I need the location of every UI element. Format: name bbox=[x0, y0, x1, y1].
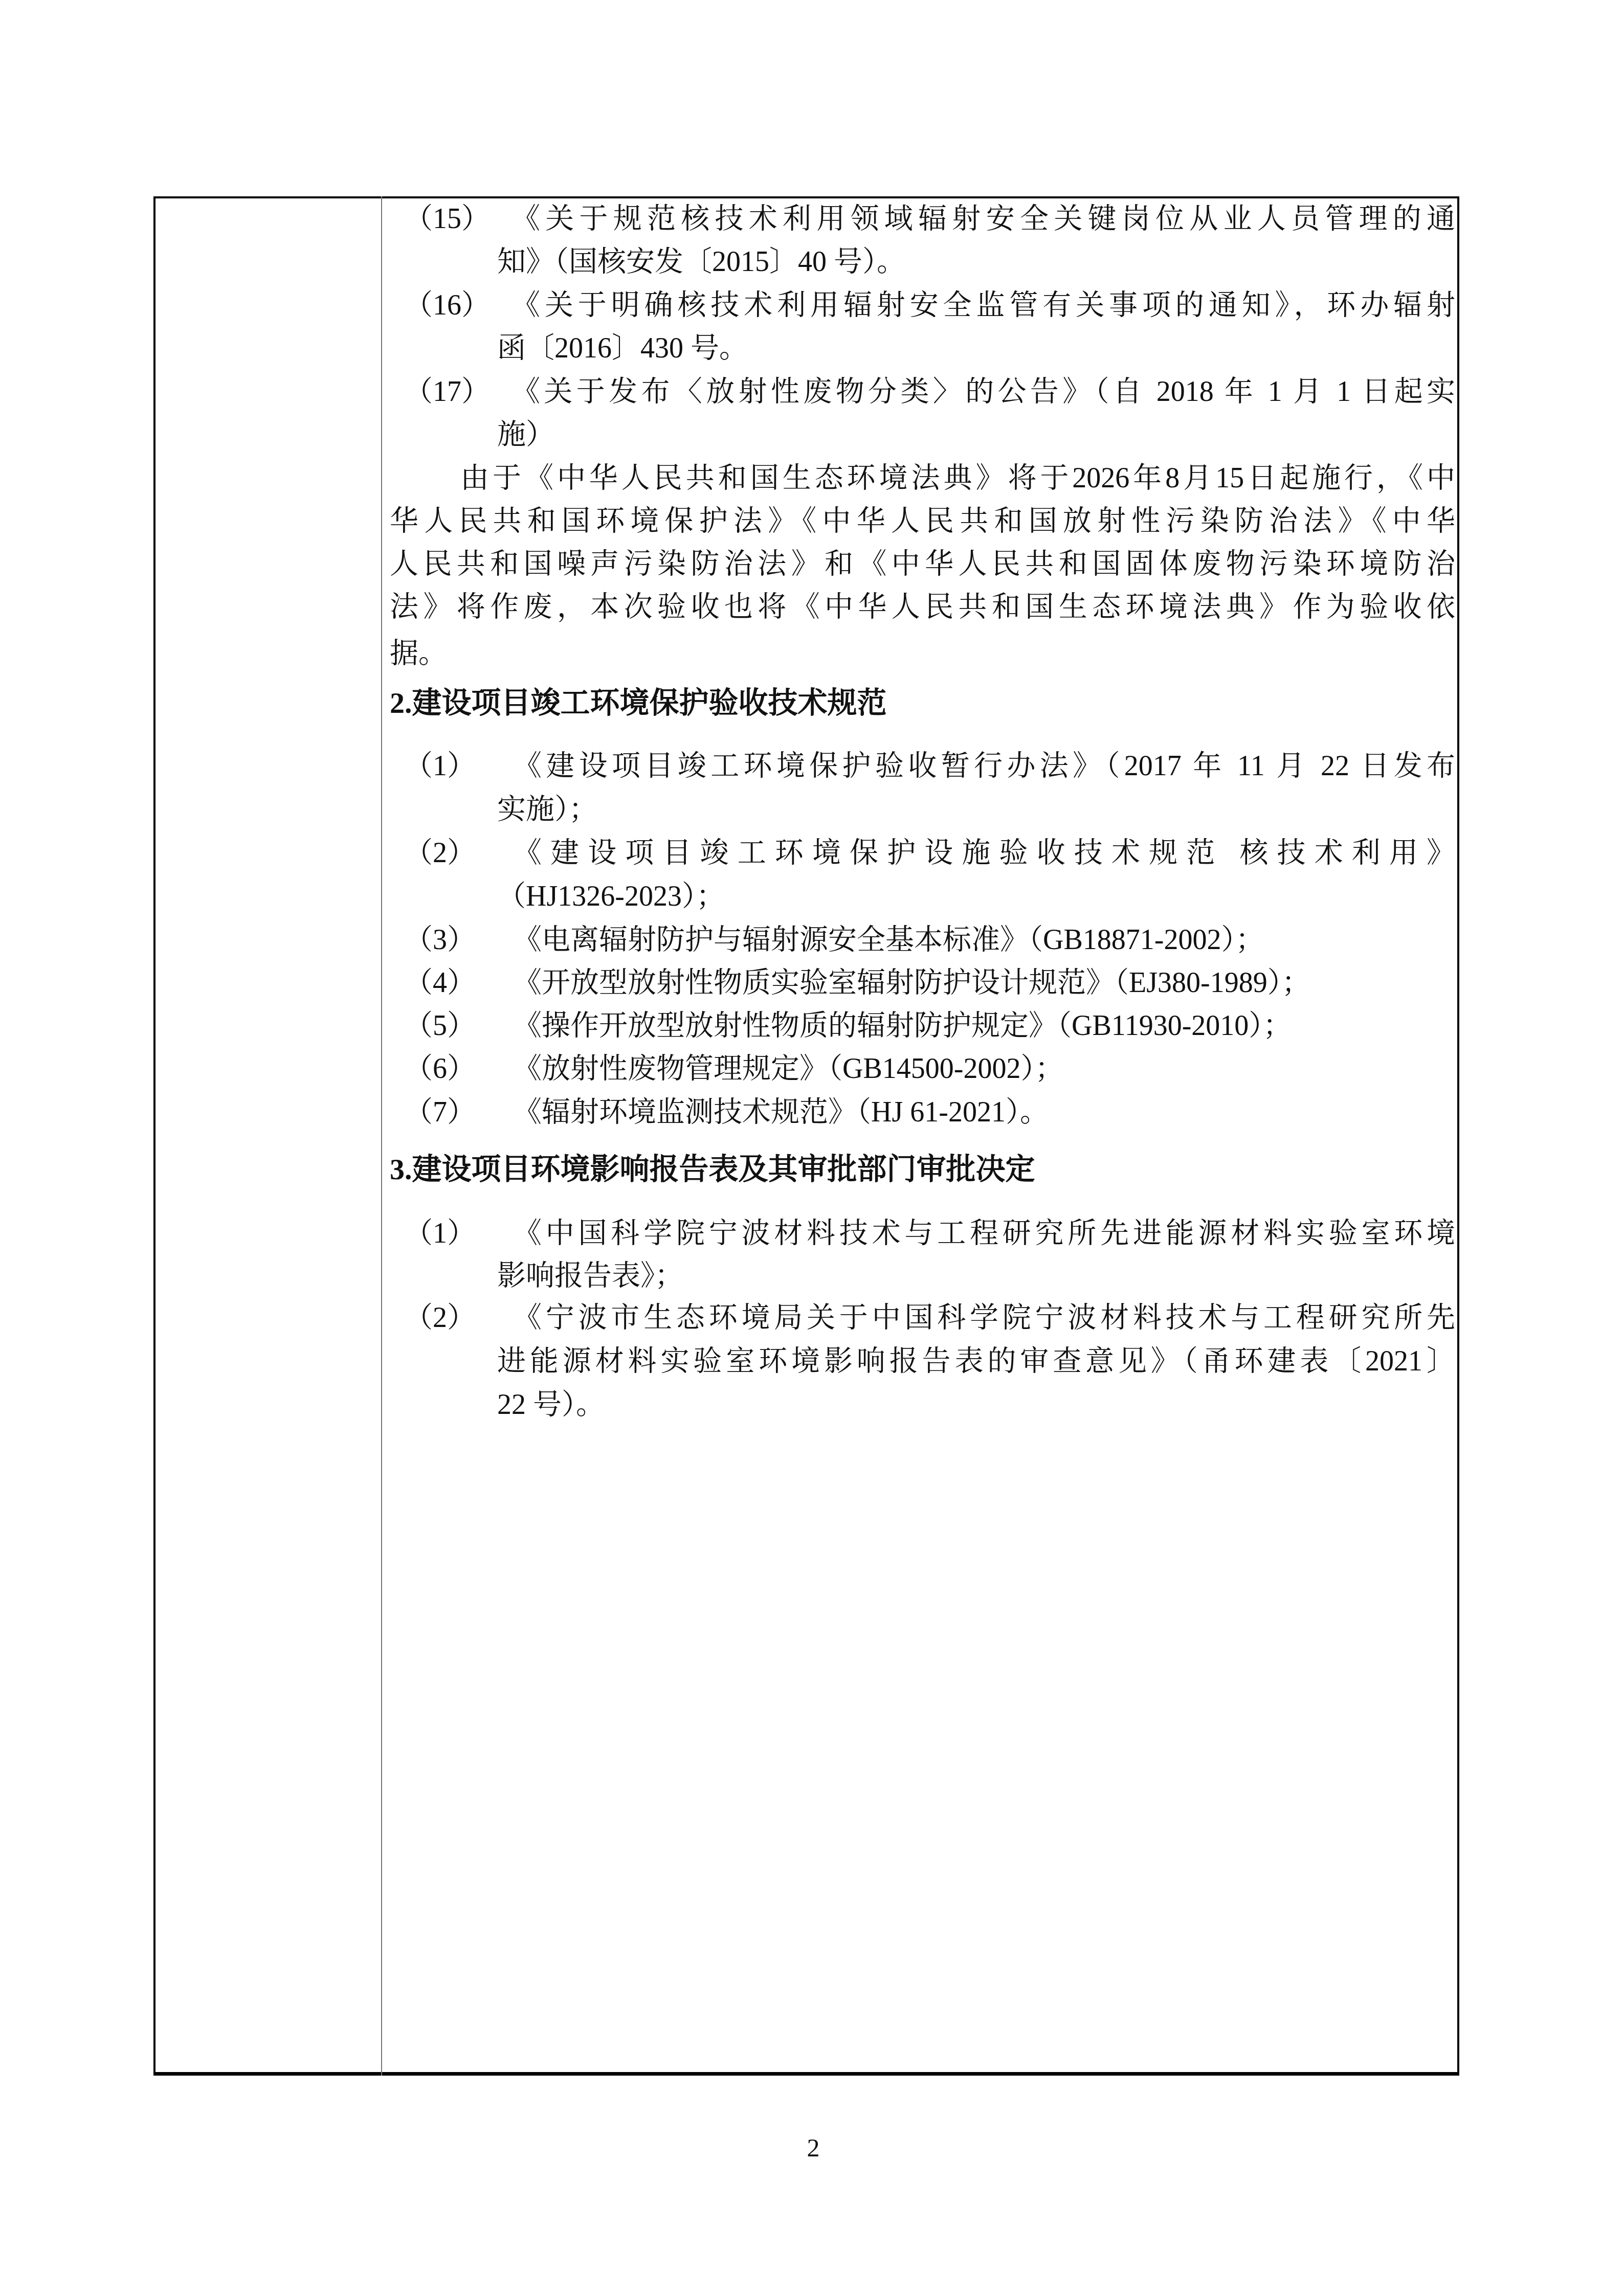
list-item-number: （6） bbox=[404, 1047, 476, 1090]
list-item-text: 《辐射环境监测技术规范》（HJ 61-2021）。 bbox=[513, 1091, 1049, 1134]
list-item-number: （17） bbox=[404, 370, 490, 413]
note-paragraph-line: 法》将作废，本次验收也将《中华人民共和国生态环境法典》作为验收依 bbox=[390, 586, 1455, 628]
note-paragraph-line: 华人民共和国环境保护法》《中华人民共和国放射性污染防治法》《中华 bbox=[390, 500, 1455, 543]
list-item-text: 实施）； bbox=[497, 788, 597, 831]
list-item-text: 施） bbox=[497, 413, 554, 456]
section-heading: 3.建设项目环境影响报告表及其审批部门审批决定 bbox=[390, 1148, 1035, 1191]
list-item-number: （4） bbox=[404, 961, 476, 1004]
list-item-text: 《中国科学院宁波材料技术与工程研究所先进能源材料实验室环境 bbox=[513, 1212, 1455, 1255]
list-item-text: 《开放型放射性物质实验室辐射防护设计规范》（EJ380-1989）； bbox=[513, 961, 1310, 1004]
list-item-text: 《电离辐射防护与辐射源安全基本标准》（GB18871-2002）； bbox=[513, 918, 1264, 961]
list-item-text: 《宁波市生态环境局关于中国科学院宁波材料技术与工程研究所先 bbox=[513, 1296, 1455, 1339]
table-column-divider bbox=[381, 196, 382, 2076]
list-item-number: （1） bbox=[404, 1212, 476, 1255]
list-item-text: 进能源材料实验室环境影响报告表的审查意见》（甬环建表〔2021〕 bbox=[497, 1340, 1455, 1383]
list-item-number: （16） bbox=[404, 284, 490, 327]
list-item-number: （5） bbox=[404, 1004, 476, 1047]
list-item-text: 知》（国核安发〔2015〕40 号）。 bbox=[497, 240, 905, 283]
note-paragraph-line: 由于《中华人民共和国生态环境法典》将于2026年8月15日起施行，《中 bbox=[460, 457, 1455, 500]
list-item-text: 22 号）。 bbox=[497, 1383, 605, 1426]
list-item-number: （15） bbox=[404, 197, 490, 240]
list-item-number: （7） bbox=[404, 1091, 476, 1134]
list-item-text: 《关于明确核技术利用辐射安全监管有关事项的通知》，环办辐射 bbox=[511, 284, 1455, 327]
list-item-text: 《关于发布〈放射性废物分类〉的公告》（自 2018 年 1 月 1 日起实 bbox=[511, 370, 1455, 413]
list-item-number: （3） bbox=[404, 918, 476, 961]
list-item-text: （HJ1326-2023）； bbox=[497, 875, 725, 918]
list-item-number: （2） bbox=[404, 1296, 476, 1339]
section-heading: 2.建设项目竣工环境保护验收技术规范 bbox=[390, 682, 887, 725]
page-number: 2 bbox=[798, 2132, 829, 2163]
list-item-text: 《关于规范核技术利用领域辐射安全关键岗位从业人员管理的通 bbox=[511, 197, 1455, 240]
list-item-text: 函〔2016〕430 号。 bbox=[497, 327, 748, 370]
list-item-text: 影响报告表》； bbox=[497, 1254, 683, 1297]
list-item-text: 《操作开放型放射性物质的辐射防护规定》（GB11930-2010）； bbox=[513, 1004, 1292, 1047]
list-item-number: （1） bbox=[404, 745, 476, 787]
note-paragraph-line: 据。 bbox=[390, 632, 447, 675]
list-item-text: 《建设项目竣工环境保护设施验收技术规范 核技术利用》 bbox=[513, 831, 1455, 874]
list-item-text: 《放射性废物管理规定》（GB14500-2002）； bbox=[513, 1047, 1063, 1090]
note-paragraph-line: 人民共和国噪声污染防治法》和《中华人民共和国固体废物污染环境防治 bbox=[390, 543, 1455, 586]
list-item-text: 《建设项目竣工环境保护验收暂行办法》（2017 年 11 月 22 日发布 bbox=[513, 745, 1455, 787]
list-item-number: （2） bbox=[404, 831, 476, 874]
